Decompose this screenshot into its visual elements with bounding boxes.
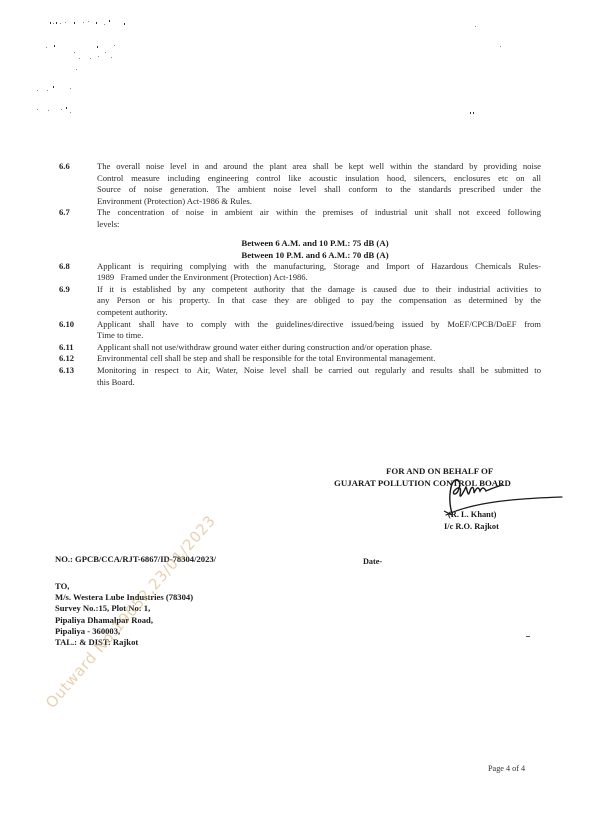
clause-line: levels: (97, 219, 541, 231)
clause-number: 6.11 (59, 342, 97, 354)
clause-text: Applicant shall have to comply with the … (97, 319, 541, 342)
clause-line: Applicant shall have to comply with the … (97, 319, 541, 331)
addressee-line: TAL.: & DIST: Rajkot (55, 637, 193, 648)
clause-line: competent authority. (97, 307, 541, 319)
clause-6-10: 6.10 Applicant shall have to comply with… (59, 319, 541, 342)
clause-6-11: 6.11 Applicant shall not use/withdraw gr… (59, 342, 541, 354)
clause-text: Applicant is requiring complying with th… (97, 261, 541, 284)
clause-number: 6.13 (59, 365, 97, 377)
date-label: Date- (363, 557, 382, 566)
clause-line: Environmental cell shall be step and sha… (97, 353, 541, 365)
clause-line: Applicant shall not use/withdraw ground … (97, 342, 541, 354)
day-noise-limit: Between 6 A.M. and 10 P.M.: 75 dB (A) (89, 237, 541, 249)
clause-line: The concentration of noise in ambient ai… (97, 207, 541, 219)
signer-name: (R. L. Khant) (448, 509, 499, 521)
clause-line: 1989 Framed under the Environment (Prote… (97, 272, 541, 284)
clause-line: Source of noise generation. The ambient … (97, 184, 541, 196)
addressee-line: Survey No.:15, Plot No: 1, (55, 603, 193, 614)
clause-line: Applicant is requiring complying with th… (97, 261, 541, 273)
addressee-block: TO, M/s. Westera Lube Industries (78304)… (55, 581, 193, 648)
reference-number: NO.: GPCB/CCA/RJT-6867/ID-78304/2023/ (55, 554, 216, 564)
clause-number: 6.7 (59, 207, 97, 219)
clause-line: Control measure including engineering co… (97, 173, 541, 185)
addressee-salutation: TO, (55, 581, 193, 592)
addressee-line: Pipaliya - 360003, (55, 626, 193, 637)
clause-number: 6.10 (59, 319, 97, 331)
clause-number: 6.12 (59, 353, 97, 365)
clause-6-12: 6.12 Environmental cell shall be step an… (59, 353, 541, 365)
clause-line: The overall noise level in and around th… (97, 161, 541, 173)
page-number: Page 4 of 4 (488, 764, 525, 773)
clause-text: If it is established by any competent au… (97, 284, 541, 319)
clause-6-7: 6.7 The concentration of noise in ambien… (59, 207, 541, 230)
clause-6-9: 6.9 If it is established by any competen… (59, 284, 541, 319)
clause-number: 6.9 (59, 284, 97, 296)
signer-office: I/c R.O. Rajkot (444, 521, 499, 533)
clause-line: Monitoring in respect to Air, Water, Noi… (97, 365, 541, 377)
clause-line: Time to time. (97, 330, 541, 342)
clause-line: Environment (Protection) Act-1986 & Rule… (97, 196, 541, 208)
clause-number: 6.6 (59, 161, 97, 173)
addressee-line: M/s. Westera Lube Industries (78304) (55, 592, 193, 603)
addressee-line: Pipaliya Dhamalpar Road, (55, 615, 193, 626)
clause-text: Applicant shall not use/withdraw ground … (97, 342, 541, 354)
clause-text: Monitoring in respect to Air, Water, Noi… (97, 365, 541, 388)
clause-6-8: 6.8 Applicant is requiring complying wit… (59, 261, 541, 284)
clause-line: any Person or his property. In that case… (97, 295, 541, 307)
scan-mark (526, 636, 530, 637)
clause-text: The overall noise level in and around th… (97, 161, 541, 207)
night-noise-limit: Between 10 P.M. and 6 A.M.: 70 dB (A) (89, 249, 541, 261)
clause-6-6: 6.6 The overall noise level in and aroun… (59, 161, 541, 207)
noise-limits: Between 6 A.M. and 10 P.M.: 75 dB (A) Be… (59, 237, 541, 261)
clause-text: Environmental cell shall be step and sha… (97, 353, 541, 365)
clause-text: The concentration of noise in ambient ai… (97, 207, 541, 230)
clause-number: 6.8 (59, 261, 97, 273)
clause-line: If it is established by any competent au… (97, 284, 541, 296)
document-page: 6.6 The overall noise level in and aroun… (0, 0, 591, 837)
signer-block: (R. L. Khant) I/c R.O. Rajkot (448, 509, 499, 533)
clause-line: this Board. (97, 377, 541, 389)
clause-6-13: 6.13 Monitoring in respect to Air, Water… (59, 365, 541, 388)
conditions-list: 6.6 The overall noise level in and aroun… (59, 161, 541, 388)
